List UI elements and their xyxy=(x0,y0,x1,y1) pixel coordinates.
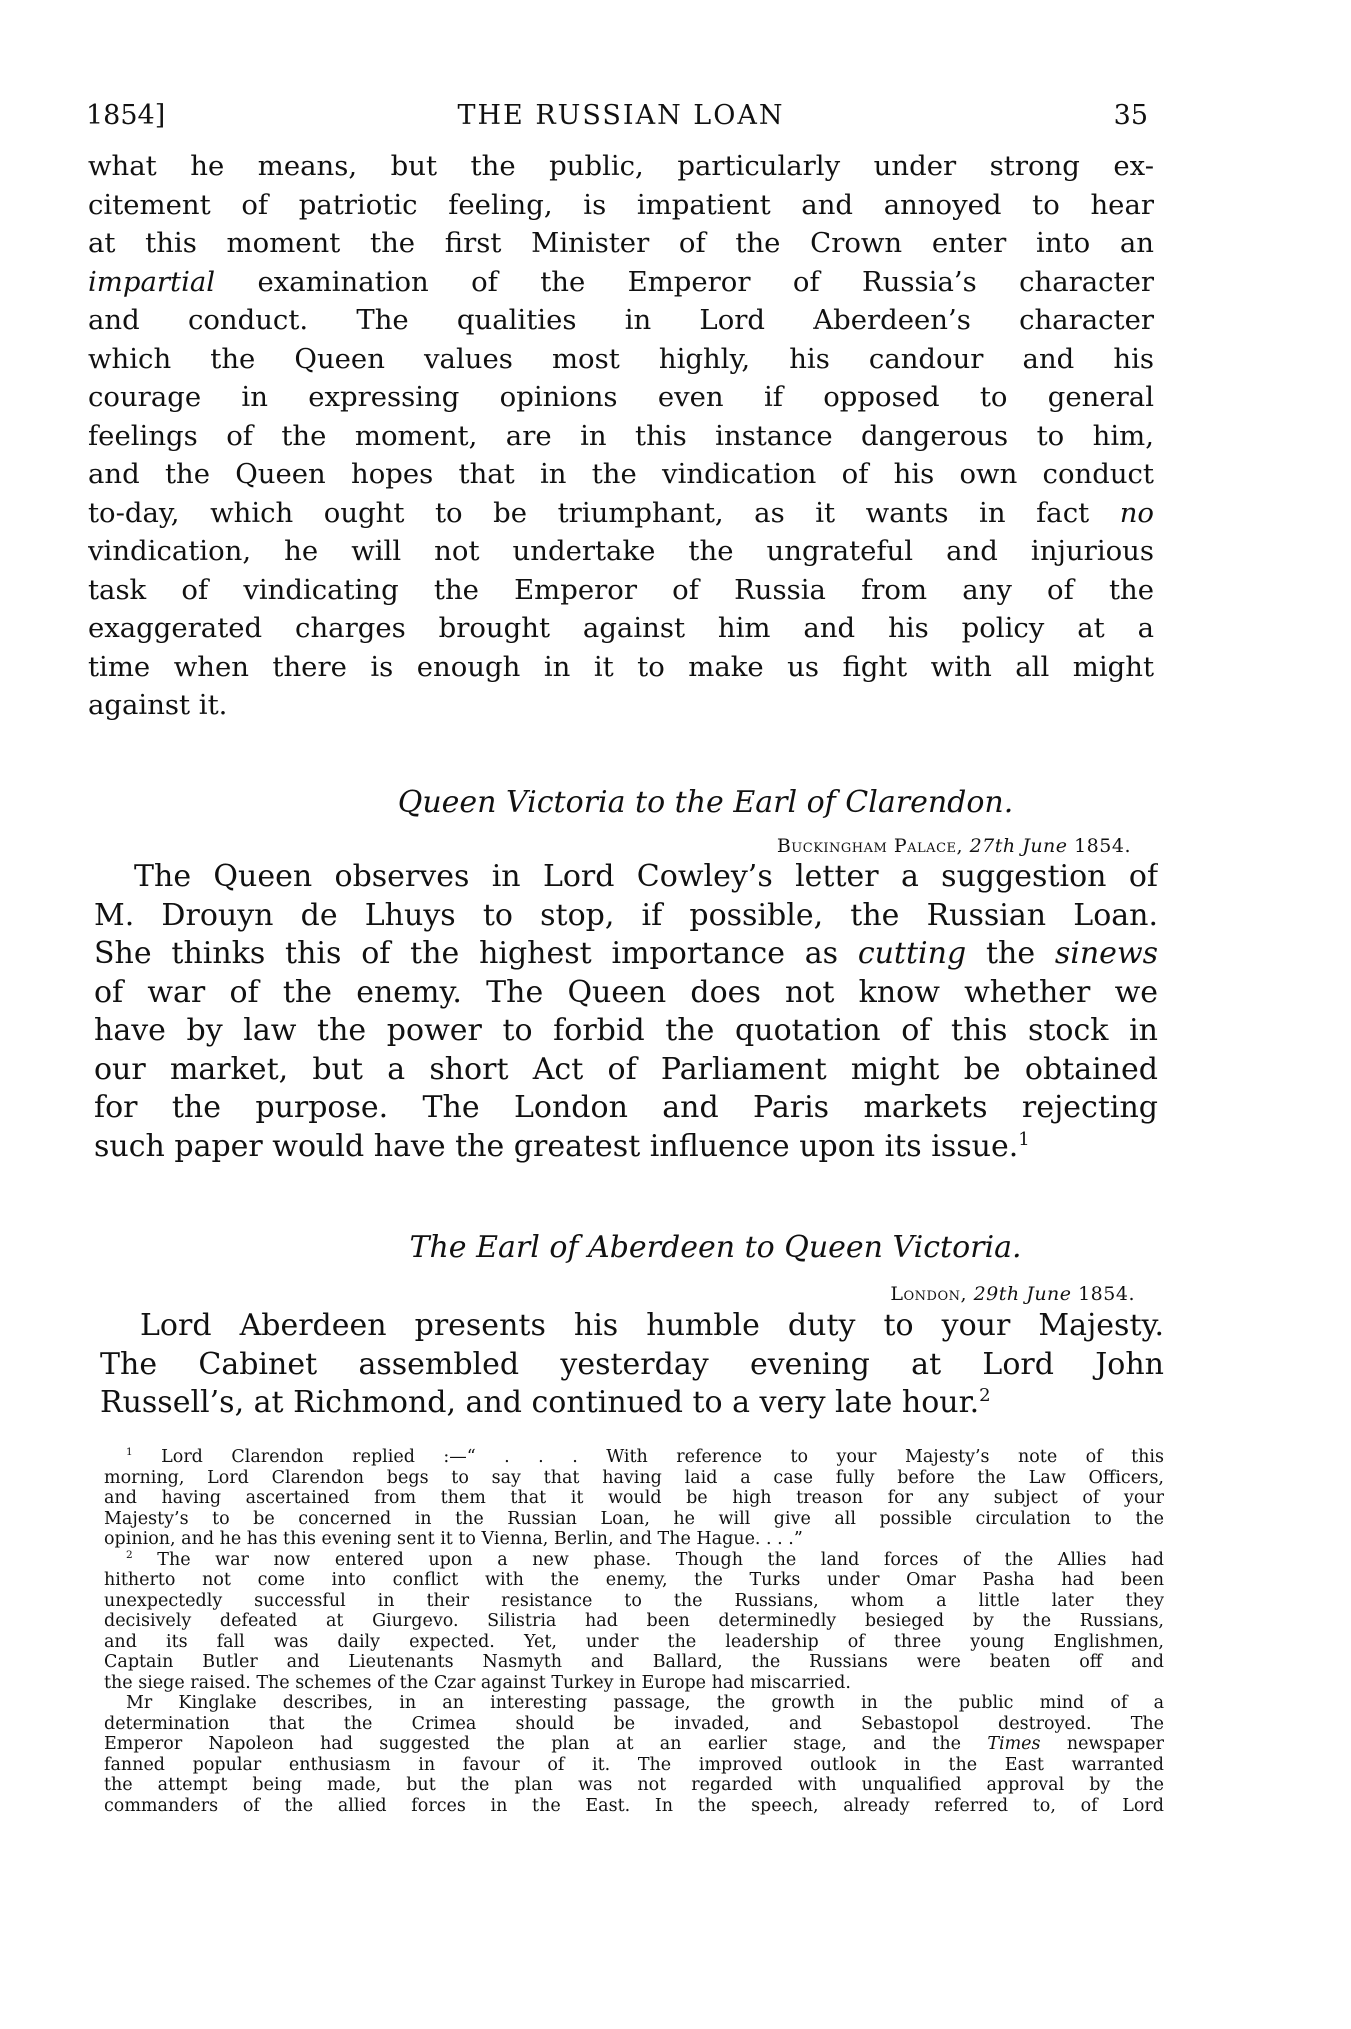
text-line: and the Queen hopes that in the vindicat… xyxy=(88,455,1154,494)
dateline-place: Buckingham Palace, xyxy=(777,835,963,857)
italic-word: cutting xyxy=(858,936,966,971)
running-head: 1854] THE RUSSIAN LOAN 35 xyxy=(86,100,1156,140)
text-line: The Queen observes in Lord Cowley’s lett… xyxy=(94,858,1158,897)
continued-letter-text: what he means, but the public, particula… xyxy=(88,147,1154,725)
text-line: of war of the enemy. The Queen does not … xyxy=(94,974,1158,1013)
letter-heading: Queen Victoria to the Earl of Clarendon. xyxy=(30,785,1351,820)
text-line: against it. xyxy=(88,686,1154,725)
book-page: 1854] THE RUSSIAN LOAN 35 what he means,… xyxy=(0,0,1351,2029)
italic-word: Times xyxy=(987,1734,1040,1754)
footnote-line: the siege raised. The schemes of the Cza… xyxy=(104,1673,1164,1694)
text-line: such paper would have the greatest influ… xyxy=(94,1128,1158,1167)
text-line: what he means, but the public, particula… xyxy=(88,147,1154,186)
footnote-line: 1 Lord Clarendon replied :—“ . . . With … xyxy=(104,1447,1164,1468)
dateline: Buckingham Palace, 27th June 1854. xyxy=(777,835,1131,857)
footnote-line: and having ascertained from them that it… xyxy=(104,1488,1164,1509)
footnotes: 1 Lord Clarendon replied :—“ . . . With … xyxy=(104,1447,1164,1816)
text-line: our market, but a short Act of Parliamen… xyxy=(94,1051,1158,1090)
text-line: vindication, he will not undertake the u… xyxy=(88,532,1154,571)
dateline-day: 29th xyxy=(974,1283,1020,1305)
footnote-line: and its fall was daily expected. Yet, un… xyxy=(104,1632,1164,1653)
text-span: Lord Clarendon replied :—“ . . . With re… xyxy=(161,1447,1164,1467)
dateline-month: June xyxy=(1026,1283,1071,1305)
footnote-line: Majesty’s to be concerned in the Russian… xyxy=(104,1509,1164,1530)
dateline-month: June xyxy=(1022,835,1067,857)
footnote-line: unexpectedly successful in their resista… xyxy=(104,1591,1164,1612)
dateline: London, 29th June 1854. xyxy=(890,1283,1135,1305)
footnote-line: fanned popular enthusiasm in favour of i… xyxy=(104,1755,1164,1776)
letter-body: The Queen observes in Lord Cowley’s lett… xyxy=(94,858,1158,1166)
text-line-start: to-day, which ought to be triumphant, as… xyxy=(88,497,1120,529)
footnote-line: Emperor Napoleon had suggested the plan … xyxy=(104,1734,1164,1755)
footnote-line: 2 The war now entered upon a new phase. … xyxy=(104,1550,1164,1571)
dateline-year: 1854. xyxy=(1078,1283,1135,1305)
text-line: time when there is enough in it to make … xyxy=(88,648,1154,687)
footnote-ref[interactable]: 2 xyxy=(979,1385,990,1406)
letter-body: Lord Aberdeen presents his humble duty t… xyxy=(100,1307,1164,1423)
text-span: She thinks this of the highest importanc… xyxy=(94,936,858,971)
footnote-line: decisively defeated at Giurgevo. Silistr… xyxy=(104,1611,1164,1632)
italic-word: sinews xyxy=(1055,936,1158,971)
text-span: Emperor Napoleon had suggested the plan … xyxy=(104,1734,987,1754)
dateline-place: London, xyxy=(890,1283,967,1305)
text-span: The war now entered upon a new phase. Th… xyxy=(157,1550,1164,1570)
text-line: to-day, which ought to be triumphant, as… xyxy=(88,494,1154,533)
text-span: newspaper xyxy=(1041,1734,1164,1754)
text-line: Russell’s, at Richmond, and continued to… xyxy=(100,1384,1164,1423)
text-line: task of vindicating the Emperor of Russi… xyxy=(88,571,1154,610)
running-head-title: THE RUSSIAN LOAN xyxy=(86,100,1156,131)
text-line: She thinks this of the highest importanc… xyxy=(94,935,1158,974)
footnote-line: Captain Butler and Lieutenants Nasmyth a… xyxy=(104,1652,1164,1673)
text-span: such paper would have the greatest influ… xyxy=(94,1129,1018,1164)
text-span: the xyxy=(966,936,1055,971)
text-line: at this moment the first Minister of the… xyxy=(88,224,1154,263)
text-line: for the purpose. The London and Paris ma… xyxy=(94,1089,1158,1128)
footnote-line: commanders of the allied forces in the E… xyxy=(104,1796,1164,1817)
text-span: Russell’s, at Richmond, and continued to… xyxy=(100,1385,979,1420)
footnote-marker: 2 xyxy=(126,1550,133,1561)
letter-heading: The Earl of Aberdeen to Queen Victoria. xyxy=(40,1230,1351,1265)
footnote-ref[interactable]: 1 xyxy=(1018,1129,1029,1150)
text-line: Lord Aberdeen presents his humble duty t… xyxy=(100,1307,1164,1346)
text-line: courage in expressing opinions even if o… xyxy=(88,378,1154,417)
footnote-line: the attempt being made, but the plan was… xyxy=(104,1775,1164,1796)
text-line: exaggerated charges brought against him … xyxy=(88,609,1154,648)
text-line: have by law the power to forbid the quot… xyxy=(94,1012,1158,1051)
text-line-rest: examination of the Emperor of Russia’s c… xyxy=(215,266,1154,298)
footnote-marker: 1 xyxy=(126,1447,133,1458)
text-line: M. Drouyn de Lhuys to stop, if possible,… xyxy=(94,897,1158,936)
text-line: The Cabinet assembled yesterday evening … xyxy=(100,1346,1164,1385)
text-line: impartial examination of the Emperor of … xyxy=(88,263,1154,302)
footnote-line: opinion, and he has this evening sent it… xyxy=(104,1529,1164,1550)
text-line: and conduct. The qualities in Lord Aberd… xyxy=(88,301,1154,340)
text-line: which the Queen values most highly, his … xyxy=(88,340,1154,379)
footnote-line: hitherto not come into conflict with the… xyxy=(104,1570,1164,1591)
footnote-line: morning, Lord Clarendon begs to say that… xyxy=(104,1468,1164,1489)
text-line: citement of patriotic feeling, is impati… xyxy=(88,186,1154,225)
page-number: 35 xyxy=(1114,100,1148,131)
dateline-day: 27th xyxy=(970,835,1016,857)
footnote-line: determination that the Crimea should be … xyxy=(104,1714,1164,1735)
dateline-year: 1854. xyxy=(1074,835,1131,857)
footnote-line: Mr Kinglake describes, in an interesting… xyxy=(104,1693,1164,1714)
italic-word: no xyxy=(1120,497,1154,529)
italic-word: impartial xyxy=(88,266,215,298)
text-line: feelings of the moment, are in this inst… xyxy=(88,417,1154,456)
